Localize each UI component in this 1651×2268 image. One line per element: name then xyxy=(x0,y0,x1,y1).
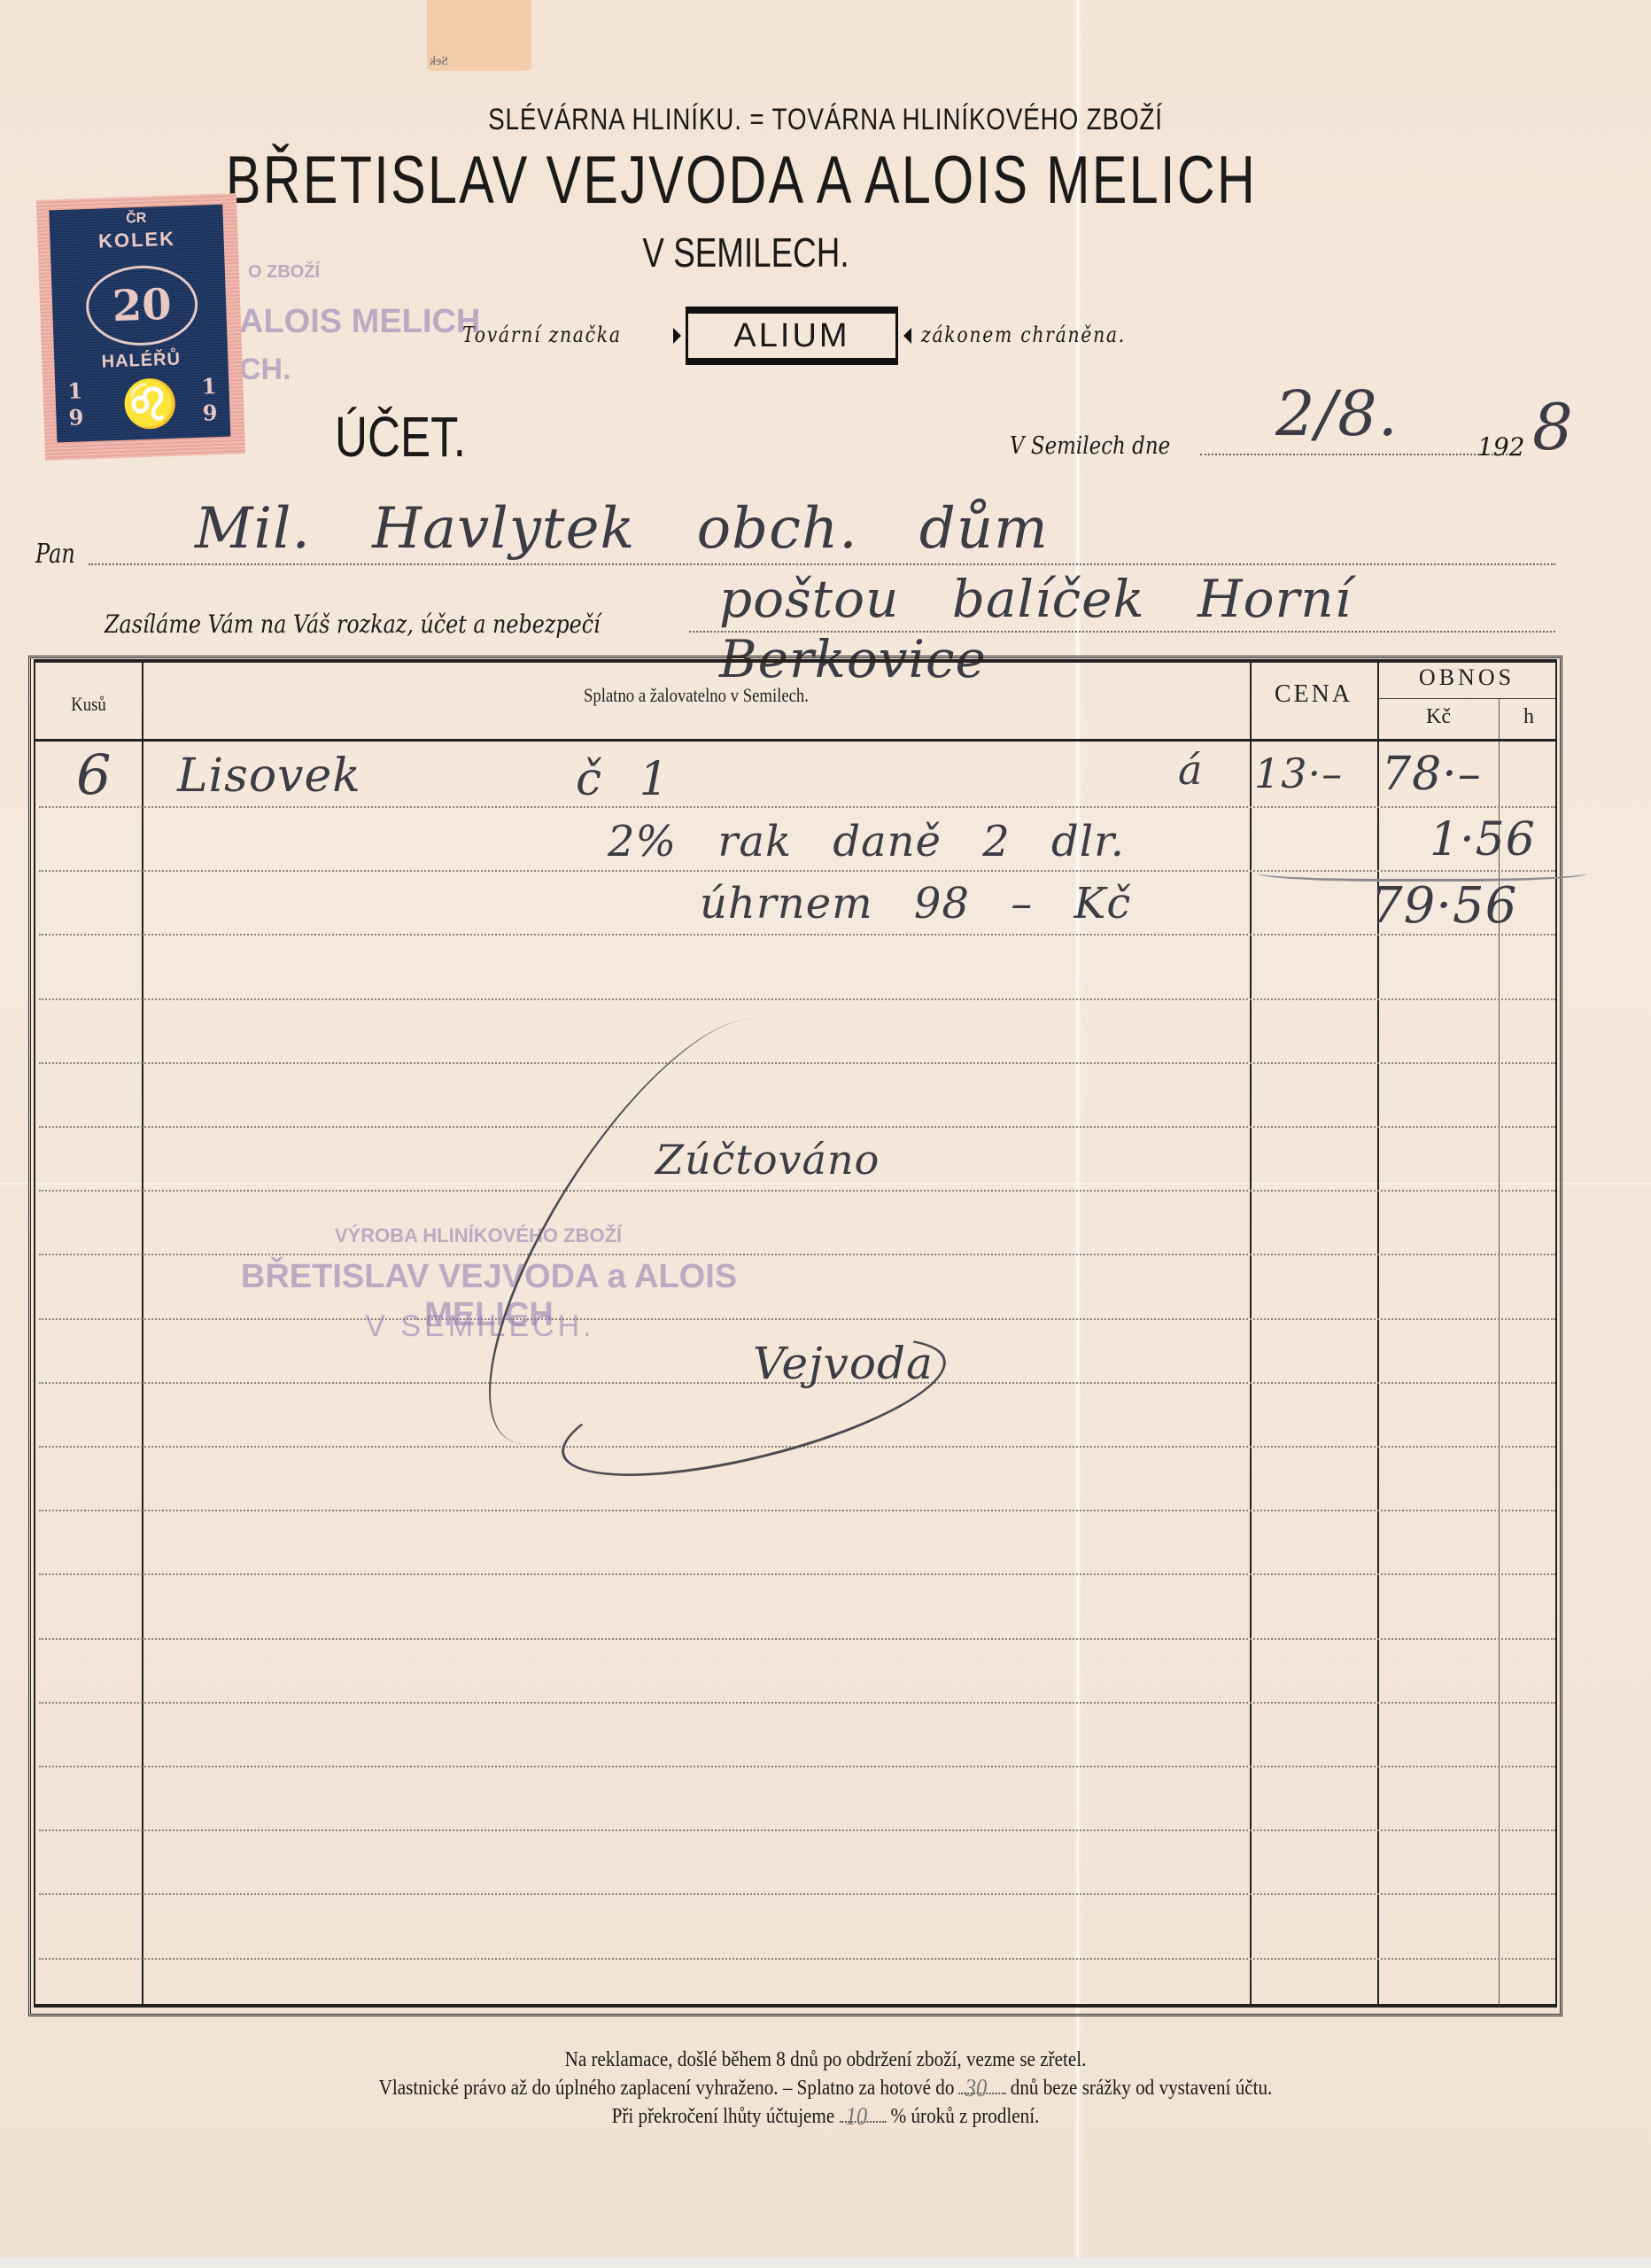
table-row-line xyxy=(39,1702,1555,1704)
footer-payment-text-a: Vlastnické právo až do úplného zaplacení… xyxy=(379,2077,955,2100)
arrow-right-icon xyxy=(673,328,681,344)
date-label: V Semilech dne xyxy=(1010,432,1170,460)
footer-interest: Při překročení lhůty účtujeme 10 % úroků… xyxy=(99,2105,1552,2129)
row3-amount: 79·56 xyxy=(1371,877,1517,935)
table-row-line xyxy=(39,1510,1555,1511)
letterhead-subheading: SLÉVÁRNA HLINÍKU. = TOVÁRNA HLINÍKOVÉHO … xyxy=(149,103,1502,137)
revenue-stamp-face: ČR KOLEK 20 HALÉŘŮ 19 ♌ 19 xyxy=(49,205,230,443)
date-handwritten: 2/8. xyxy=(1275,377,1399,450)
scan-edge xyxy=(0,2257,1651,2268)
trademark-suffix: zákonem chráněna. xyxy=(921,322,1126,347)
header-price: CENA xyxy=(1251,680,1376,709)
row1-at: á xyxy=(1178,746,1203,794)
table-row-line xyxy=(39,934,1555,936)
table-row-line xyxy=(39,1126,1555,1128)
arrow-left-icon xyxy=(903,328,911,344)
footer-payment-terms: Vlastnické právo až do úplného zaplacení… xyxy=(99,2077,1552,2101)
date-field-line xyxy=(1200,454,1515,455)
column-divider-price xyxy=(1250,663,1252,2006)
table-row-line xyxy=(39,998,1555,1000)
year-handwritten: 8 xyxy=(1532,390,1574,464)
table-top-rule xyxy=(34,659,1557,663)
footer-days-field: 30 xyxy=(959,2093,1006,2094)
recipient-handwritten: Mil. Havlytek obch. dům xyxy=(195,496,1049,562)
header-amount-h: h xyxy=(1500,705,1557,729)
row1-price: 13·– xyxy=(1254,750,1343,797)
footer-interest-text-b: % úroků z prodlení. xyxy=(891,2105,1040,2128)
signature-name: Vejvoda xyxy=(753,1338,934,1389)
header-amount-kc: Kč xyxy=(1378,705,1499,729)
footer-rate-field: 10 xyxy=(840,2121,887,2123)
table-row-line xyxy=(39,1766,1555,1767)
year-prefix: 192 xyxy=(1477,432,1524,462)
table-left-inner-border xyxy=(34,659,35,2006)
row2-description: 2% rak daně 2 dlr. xyxy=(608,817,1125,866)
table-header-rule xyxy=(34,739,1557,742)
paper-tab-text: Sek xyxy=(430,55,448,69)
header-qty: Kusů xyxy=(43,693,134,716)
trademark-logo: ALIUM xyxy=(686,307,898,365)
row1-number: č 1 xyxy=(576,753,670,806)
table-row-line xyxy=(39,1638,1555,1640)
signature-note: Zúčtováno xyxy=(655,1136,880,1184)
recipient-field-line xyxy=(89,563,1555,565)
row1-qty: 6 xyxy=(76,742,112,807)
footer-days-value: 30 xyxy=(965,2075,988,2103)
table-row-line xyxy=(39,1190,1555,1192)
table-row-line xyxy=(39,1573,1555,1575)
table-row-line xyxy=(39,1958,1555,1960)
revenue-stamp-unit: HALÉŘŮ xyxy=(54,348,229,375)
footer-payment-text-b: dnů beze srážky od vystavení účtu. xyxy=(1011,2077,1273,2100)
row3-description: úhrnem 98 – Kč xyxy=(700,879,1131,928)
footer-interest-text-a: Při překročení lhůty účtujeme xyxy=(612,2105,835,2128)
revenue-stamp-year-left: 19 xyxy=(67,377,84,431)
header-description: Splatno a žalovatelno v Semilech. xyxy=(227,684,1167,707)
revenue-stamp-year-right: 19 xyxy=(201,373,218,427)
header-amount: OBNOS xyxy=(1378,664,1555,691)
row1-amount: 78·– xyxy=(1382,748,1482,801)
shipping-label: Zasíláme Vám na Váš rozkaz, účet a nebez… xyxy=(105,610,601,639)
table-row-line xyxy=(39,806,1555,808)
table-row-line xyxy=(39,1254,1555,1255)
revenue-stamp-value: 20 xyxy=(85,264,199,347)
footer-complaints: Na reklamace, došlé během 8 dnů po obdrž… xyxy=(99,2048,1552,2072)
column-divider-qty xyxy=(142,663,143,2006)
company-stamp-partial-line3: CH. xyxy=(239,353,291,387)
revenue-stamp-label: KOLEK xyxy=(50,226,224,255)
document-title: ÚČET. xyxy=(335,404,466,470)
company-name: BŘETISLAV VEJVODA A ALOIS MELICH xyxy=(97,142,1385,219)
recipient-label: Pan xyxy=(35,539,75,570)
company-stamp-partial-line1: O ZBOŽÍ xyxy=(248,262,320,283)
table-row-line xyxy=(39,1829,1555,1831)
row1-item: Lisovek xyxy=(177,750,361,803)
company-stamp-partial-line2: ALOIS MELICH xyxy=(239,303,480,341)
revenue-stamp: ČR KOLEK 20 HALÉŘŮ 19 ♌ 19 xyxy=(36,193,245,461)
trademark-prefix: Tovární značka xyxy=(462,322,622,347)
lion-icon: ♌ xyxy=(120,377,180,432)
amount-header-split xyxy=(1378,698,1555,699)
footer-rate-value: 10 xyxy=(846,2103,868,2132)
row2-amount: 1·56 xyxy=(1430,813,1536,866)
table-bottom-rule xyxy=(34,2004,1557,2008)
table-row-line xyxy=(39,1893,1555,1895)
